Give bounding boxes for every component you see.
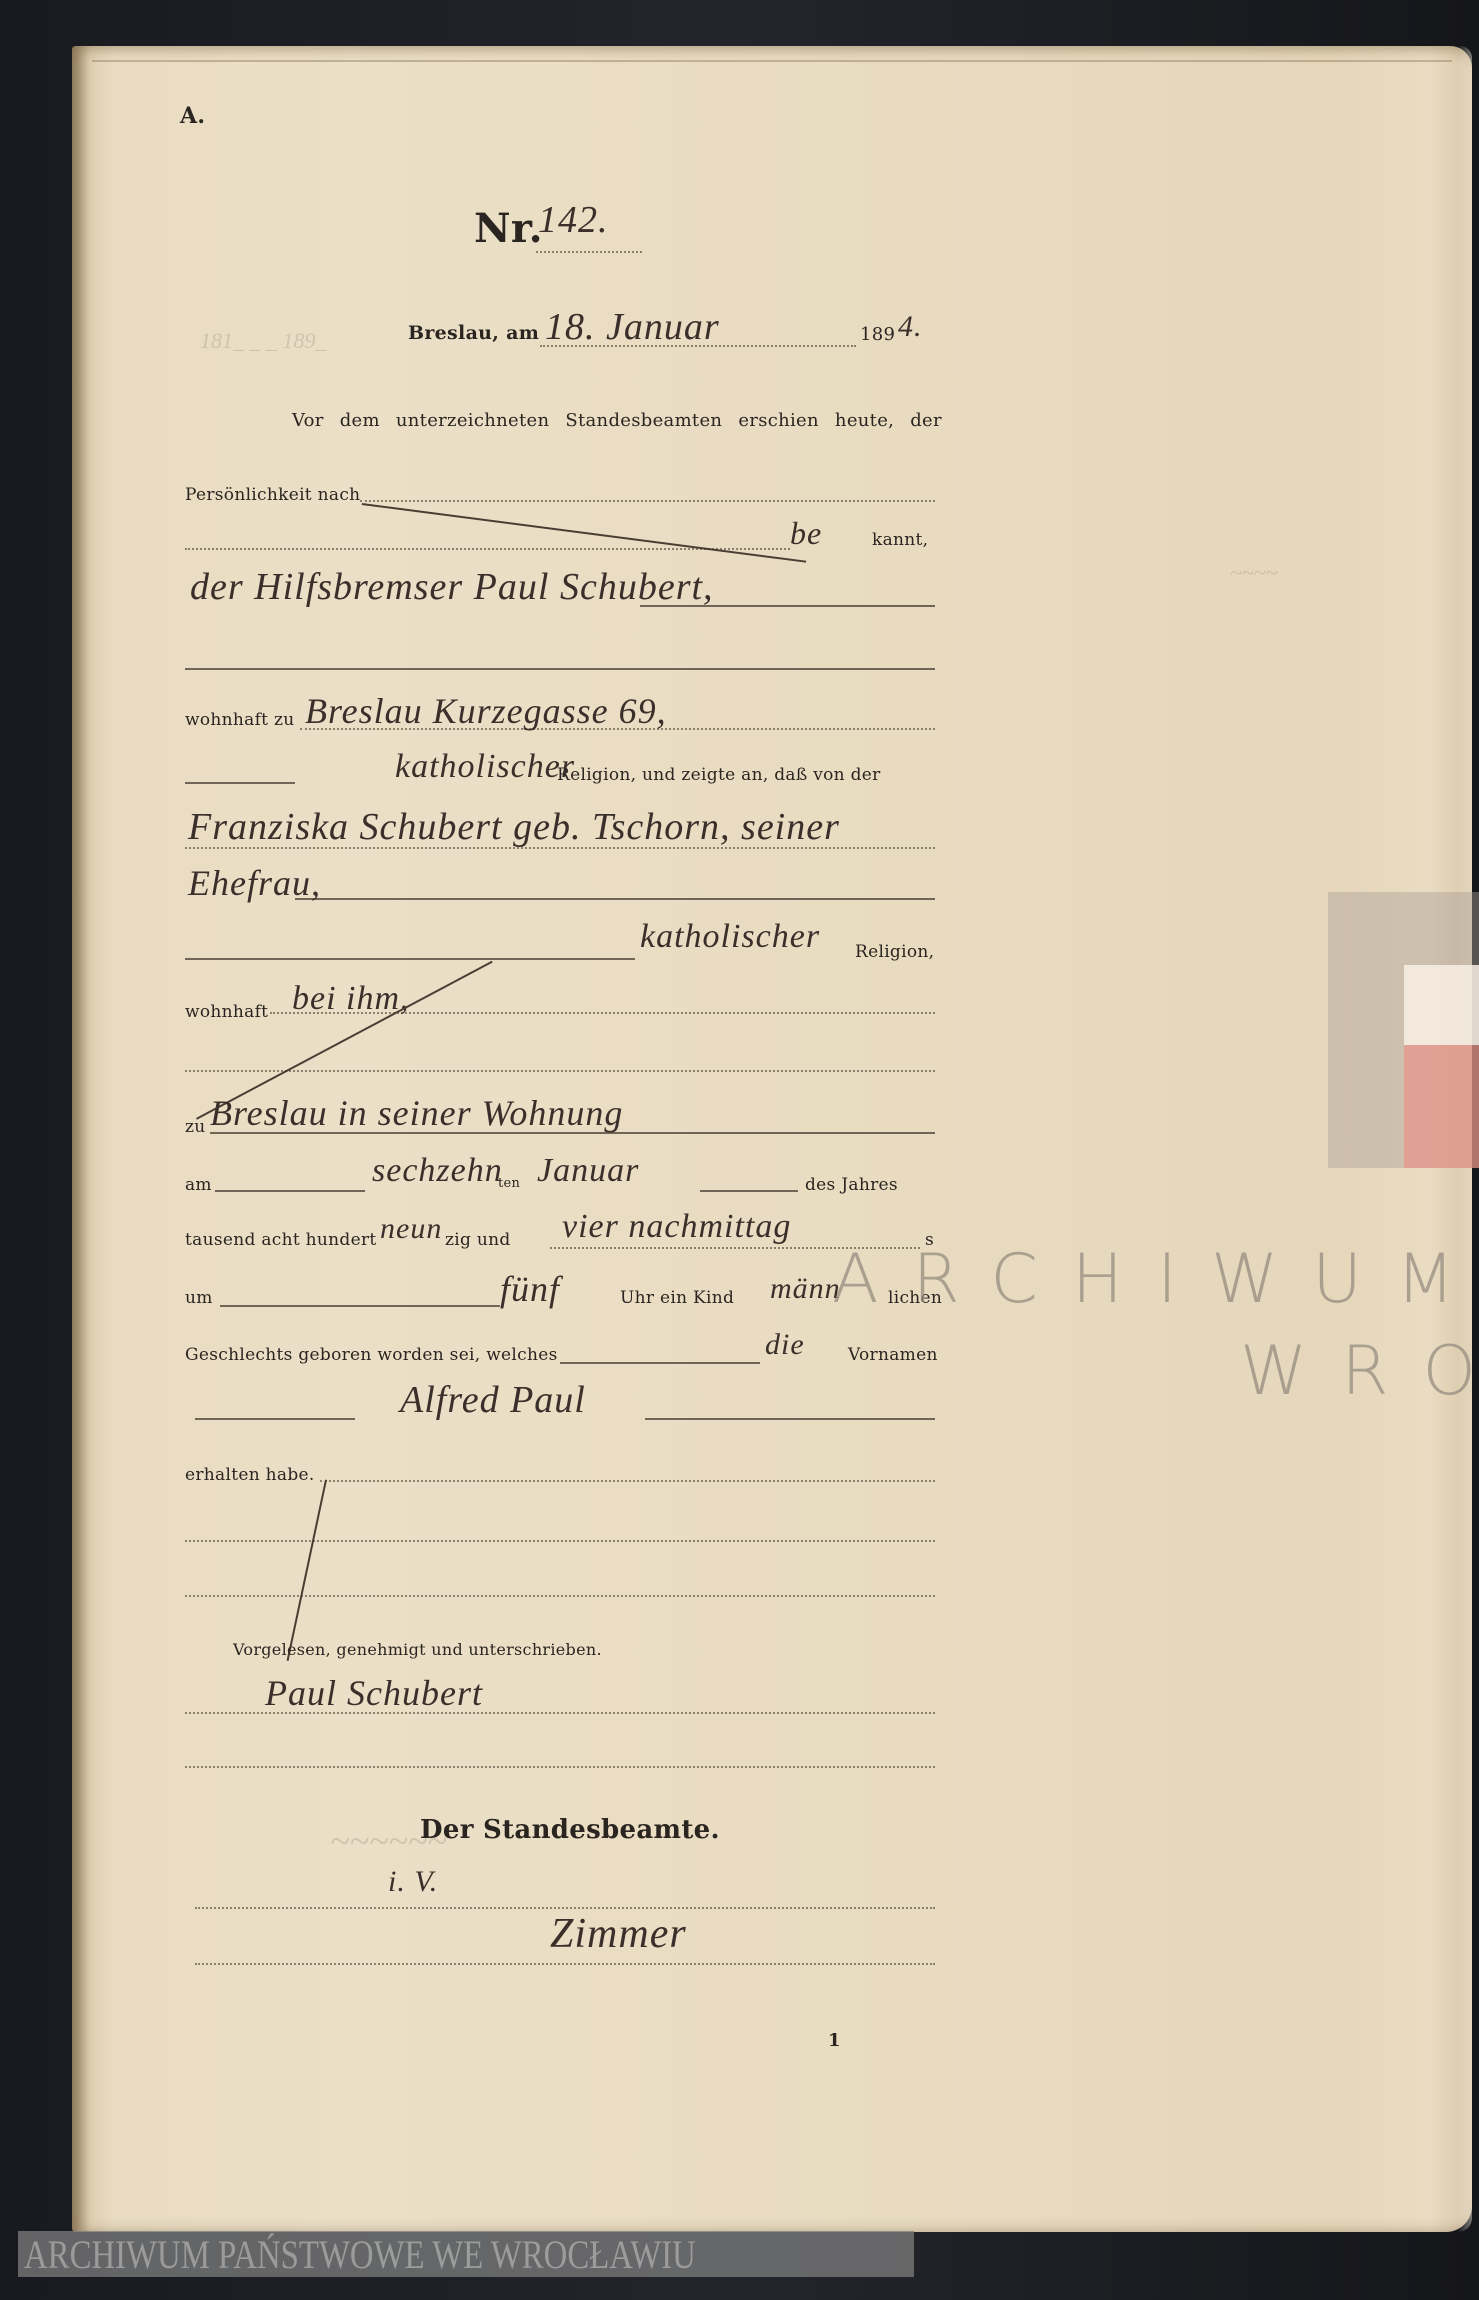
informant-line xyxy=(640,605,935,607)
birthplace-label: zu xyxy=(185,1117,206,1137)
residence-label: wohnhaft zu xyxy=(185,710,295,730)
year-words-mid: zig und xyxy=(445,1230,511,1250)
bleed-through-text: ~~~~ xyxy=(1230,560,1278,586)
page-top-edge xyxy=(92,60,1452,62)
signoff-text: Vorgelesen, genehmigt und unterschrieben… xyxy=(233,1640,602,1659)
gender-text: Geschlechts geboren worden sei, welches xyxy=(185,1345,558,1365)
birthplace-line xyxy=(210,1132,935,1134)
residence-line xyxy=(300,728,935,730)
year-handwritten: 4. xyxy=(898,310,923,344)
informant-handwritten: der Hilfsbremser Paul Schubert, xyxy=(190,565,714,609)
forenames-article: die xyxy=(765,1328,805,1362)
registrar-title: Der Standesbeamte. xyxy=(420,1815,720,1845)
birthmonth-handwritten: Januar xyxy=(537,1152,639,1190)
birthday-handwritten: sechzehn xyxy=(372,1152,503,1190)
registrar-line-2 xyxy=(195,1963,935,1965)
time-handwritten: fünf xyxy=(500,1268,560,1310)
page-number: 1 xyxy=(828,2030,841,2051)
year-words-hand2: vier nachmittag xyxy=(562,1208,791,1246)
gender-line xyxy=(560,1362,760,1364)
mother-line-2 xyxy=(295,898,935,900)
child-name-line-2 xyxy=(645,1418,935,1420)
birthday-line-1 xyxy=(215,1190,365,1192)
forenames-label: Vornamen xyxy=(848,1345,938,1365)
page-binding-shadow xyxy=(72,46,90,2232)
received-line-1 xyxy=(320,1480,935,1482)
date-handwritten: 18. Januar xyxy=(545,305,720,349)
time-line xyxy=(220,1305,500,1307)
birthplace-handwritten: Breslau in seiner Wohnung xyxy=(210,1092,623,1134)
year-text-label: des Jahres xyxy=(805,1175,898,1195)
record-number-value: 142. xyxy=(538,198,609,242)
signature-line-2 xyxy=(185,1766,935,1768)
child-name-handwritten: Alfred Paul xyxy=(400,1378,586,1422)
place-label: Breslau, am xyxy=(408,322,539,344)
birthday-label: am xyxy=(185,1175,212,1195)
signature-line-1 xyxy=(185,1712,935,1714)
archive-footer-banner: ARCHIWUM PAŃSTWOWE WE WROCŁAWIU xyxy=(18,2231,914,2277)
registrar-line-1 xyxy=(195,1907,935,1909)
mother-residence-line xyxy=(270,1012,935,1014)
bleed-through-text: 181_ _ _ 189_ xyxy=(200,328,327,354)
registrar-prefix: i. V. xyxy=(388,1865,438,1899)
religion2-text: Religion, xyxy=(855,942,934,962)
identity-line-1 xyxy=(360,500,935,502)
identity-line-2 xyxy=(185,548,790,550)
received-text: erhalten habe. xyxy=(185,1465,315,1485)
blank-line xyxy=(185,1070,935,1072)
religion1-line xyxy=(185,782,295,784)
mother-line-1 xyxy=(185,847,935,849)
watermark-text-line2: WRO xyxy=(1240,1332,1479,1411)
identity-suffix: kannt, xyxy=(872,530,928,550)
received-line-3 xyxy=(185,1595,935,1597)
residence-handwritten: Breslau Kurzegasse 69, xyxy=(305,690,667,732)
date-line xyxy=(540,345,856,347)
section-letter: A. xyxy=(180,103,205,129)
document-page xyxy=(72,46,1472,2232)
identity-handwritten: be xyxy=(790,515,822,552)
religion2-handwritten: katholischer xyxy=(640,918,820,956)
mother-residence-label: wohnhaft xyxy=(185,1002,268,1022)
intro-text: Vor dem unterzeichneten Standesbeamten e… xyxy=(292,410,942,431)
informant-signature: Paul Schubert xyxy=(265,1672,483,1714)
informant-line-2 xyxy=(185,668,935,670)
religion1-handwritten: katholischer xyxy=(395,748,575,786)
religion2-line xyxy=(185,958,635,960)
year-printed: 189 xyxy=(860,324,895,345)
watermark-text-line1: ARCHIWUM xyxy=(832,1240,1479,1319)
record-number-label: Nr. xyxy=(474,205,543,252)
year-words-hand1: neun xyxy=(380,1212,442,1246)
identity-label: Persönlichkeit nach xyxy=(185,485,360,505)
logo-white-block xyxy=(1404,965,1479,1045)
archive-footer-text: ARCHIWUM PAŃSTWOWE WE WROCŁAWIU xyxy=(24,2231,696,2278)
archive-logo-watermark xyxy=(1328,892,1479,1168)
child-name-line-1 xyxy=(195,1418,355,1420)
logo-red-block xyxy=(1404,1045,1479,1168)
year-words-prefix: tausend acht hundert xyxy=(185,1230,377,1250)
time-suffix: Uhr ein Kind xyxy=(620,1288,734,1308)
religion1-text: Religion, und zeigte an, daß von der xyxy=(557,765,881,785)
birthday-ten: ten xyxy=(498,1176,520,1191)
record-number-line xyxy=(536,251,642,253)
sex-handwritten: männ xyxy=(770,1272,841,1306)
mother-handwritten-1: Franziska Schubert geb. Tschorn, seiner xyxy=(188,805,840,849)
received-line-2 xyxy=(185,1540,935,1542)
time-label: um xyxy=(185,1288,213,1308)
birthday-line-2 xyxy=(700,1190,798,1192)
registrar-signature: Zimmer xyxy=(550,1910,687,1958)
